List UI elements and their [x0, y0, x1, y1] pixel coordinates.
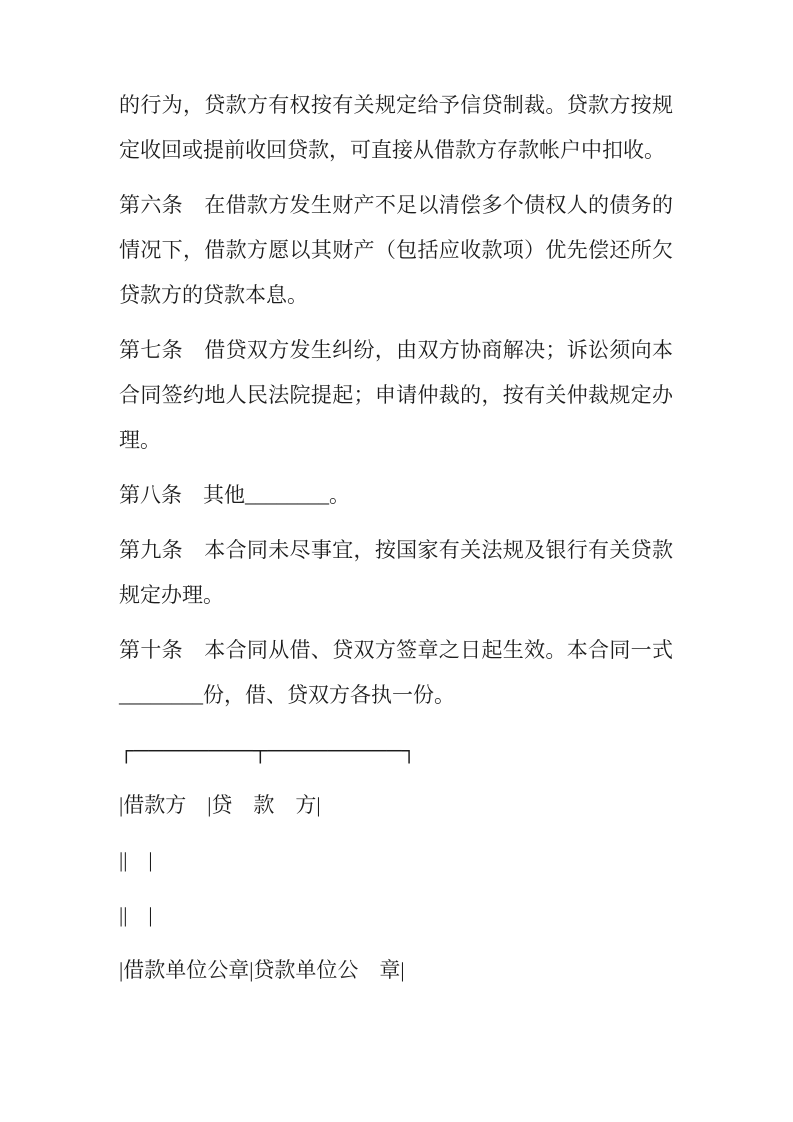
clause-5-continuation-text: 的行为，贷款方有权按有关规定给予信贷制裁。贷款方按规定收回或提前收回贷款，可直接…: [119, 83, 673, 173]
signature-table-empty-row-2: || |: [119, 893, 673, 938]
clause-9-text: 第九条 本合同未尽事宜，按国家有关法规及银行有关贷款规定办理。: [119, 528, 673, 618]
document-text-block: 的行为，贷款方有权按有关规定给予信贷制裁。贷款方按规定收回或提前收回贷款，可直接…: [119, 83, 673, 1003]
clause-8-text: 第八条 其他________。: [119, 473, 673, 518]
signature-table-top-border: ┌────────┬─────────┐: [119, 728, 673, 773]
signature-table-header-row: |借款方 |贷 款 方|: [119, 783, 673, 828]
signature-table-seal-row: |借款单位公章|贷款单位公 章|: [119, 948, 673, 993]
clause-7-text: 第七条 借贷双方发生纠纷，由双方协商解决；诉讼须向本合同签约地人民法院提起；申请…: [119, 328, 673, 463]
clause-10-text: 第十条 本合同从借、贷双方签章之日起生效。本合同一式________份，借、贷双…: [119, 628, 673, 718]
contract-document-page: 的行为，贷款方有权按有关规定给予信贷制裁。贷款方按规定收回或提前收回贷款，可直接…: [0, 0, 793, 1122]
signature-table-empty-row-1: || |: [119, 838, 673, 883]
clause-6-text: 第六条 在借款方发生财产不足以清偿多个债权人的债务的情况下，借款方愿以其财产（包…: [119, 183, 673, 318]
